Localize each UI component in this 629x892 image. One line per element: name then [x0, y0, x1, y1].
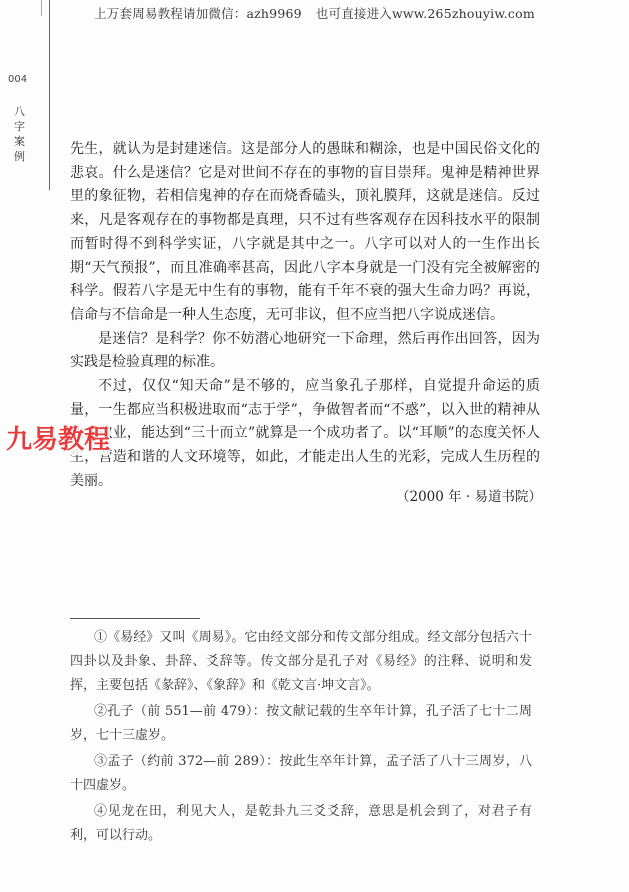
paragraph: 先生，就认为是封建迷信。这是部分人的愚昧和糊涂，也是中国民俗文化的悲哀。什么是迷…: [70, 138, 540, 328]
header-text-1: 上万套周易教程请加微信：azh9969: [94, 6, 302, 21]
header-text-2: 也可直接进入www.265zhouyiw.com: [316, 6, 535, 21]
paragraph: 不过，仅仅“知天命”是不够的，应当象孔子那样，自觉提升命运的质量，一生都应当积极…: [70, 375, 540, 494]
footnote-divider: [70, 618, 200, 619]
paragraph: 是迷信？是科学？你不妨潜心地研究一下命理，然后再作出回答，因为实践是检验真理的标…: [70, 328, 540, 375]
body-text: 先生，就认为是封建迷信。这是部分人的愚昧和糊涂，也是中国民俗文化的悲哀。什么是迷…: [70, 138, 540, 494]
header-watermark: 上万套周易教程请加微信：azh9969也可直接进入www.265zhouyiw.…: [0, 4, 629, 22]
footnote: ①《易经》又叫《周易》。它由经文部分和传文部分组成。经文部分包括六十四卦以及卦象…: [70, 626, 532, 698]
margin-rule: [49, 0, 50, 190]
footnotes: ①《易经》又叫《周易》。它由经文部分和传文部分组成。经文部分包括六十四卦以及卦象…: [70, 626, 532, 850]
footnote: ④见龙在田，利见大人，是乾卦九三爻爻辞，意思是机会到了，对君子有利，可以行动。: [70, 800, 532, 848]
signature: （2000 年 · 易道书院）: [396, 485, 542, 505]
footnote: ②孔子（前 551—前 479）：按文献记载的生卒年计算，孔子活了七十二周岁，七…: [70, 700, 532, 748]
watermark-logo: 九易教程: [6, 425, 110, 455]
page-number: 004: [8, 74, 27, 85]
running-title: 八字案例: [14, 104, 28, 164]
footnote: ③孟子（约前 372—前 289）：按此生卒年计算，孟子活了八十三周岁，八十四虚…: [70, 750, 532, 798]
margin-rule-top: [41, 0, 42, 16]
